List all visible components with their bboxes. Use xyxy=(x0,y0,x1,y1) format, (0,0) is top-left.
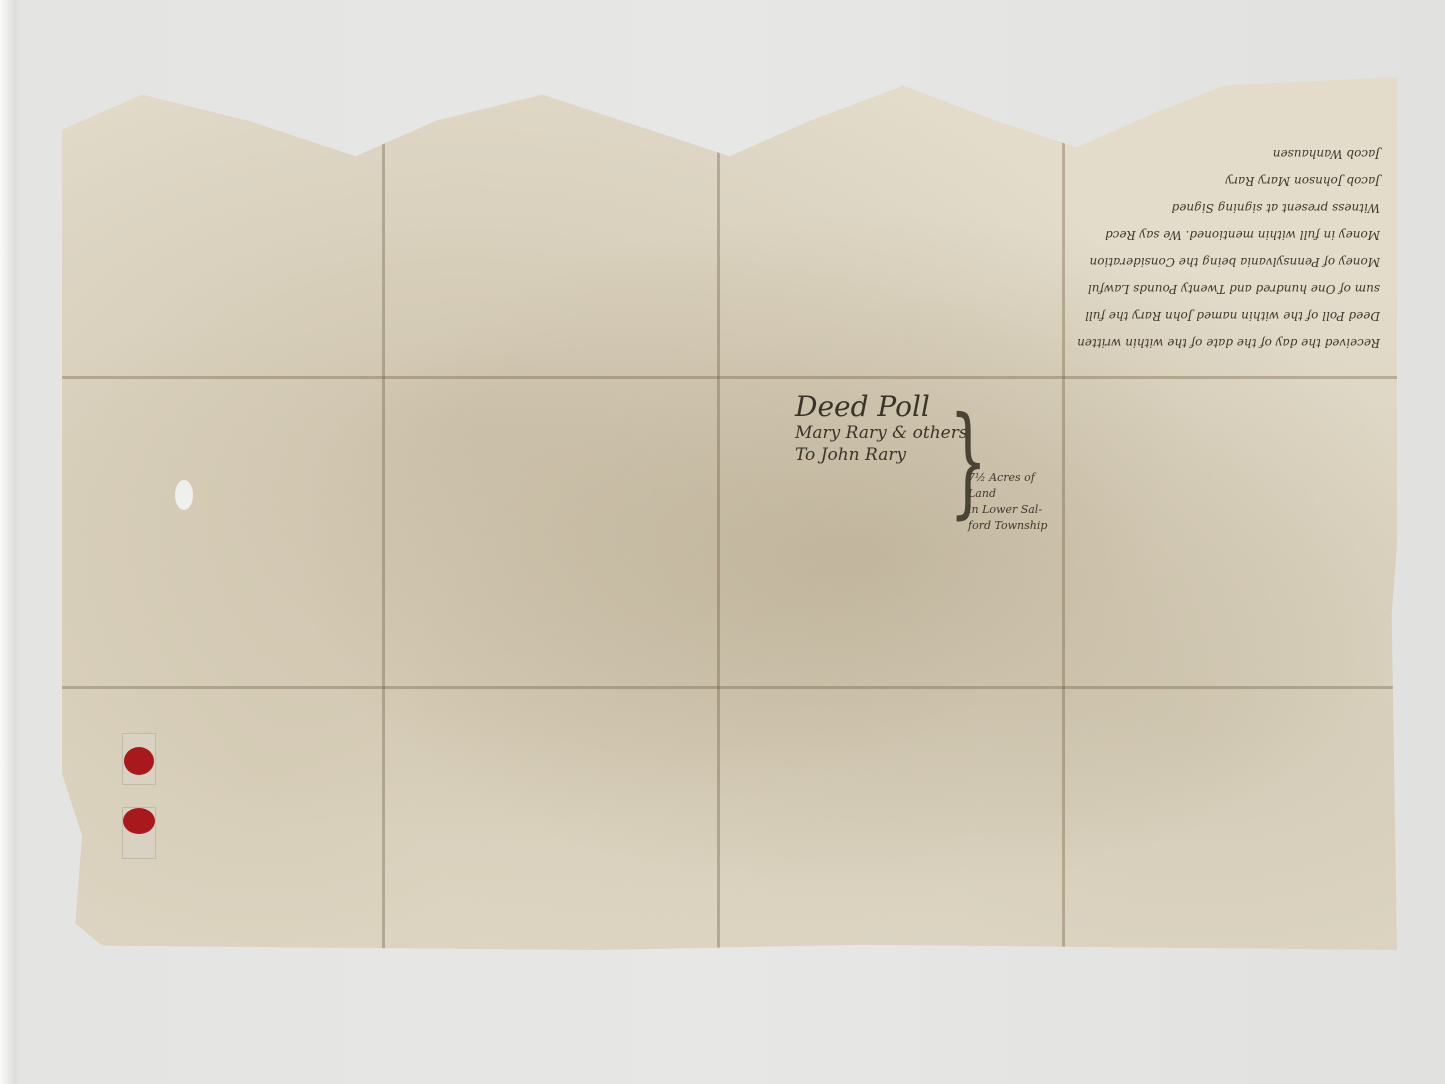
wax-seal xyxy=(123,808,155,834)
docket-title: Deed Poll xyxy=(795,392,968,422)
receipt-text-inverted: Received the day of the date of the with… xyxy=(1060,140,1380,356)
fold-line xyxy=(62,686,1397,689)
mat-edge xyxy=(0,0,14,1084)
fold-line xyxy=(382,68,385,950)
docket-to: To John Rary xyxy=(795,444,968,466)
fold-line xyxy=(62,376,1397,379)
docket-endorsement: Deed Poll Mary Rary & others To John Rar… xyxy=(795,392,968,466)
land-note: 7½ Acres of Land in Lower Sal- ford Town… xyxy=(968,470,1047,534)
docket-parties: Mary Rary & others xyxy=(795,422,968,444)
fold-line xyxy=(717,68,720,950)
wax-seal xyxy=(124,747,154,775)
vellum-hole xyxy=(175,480,193,510)
